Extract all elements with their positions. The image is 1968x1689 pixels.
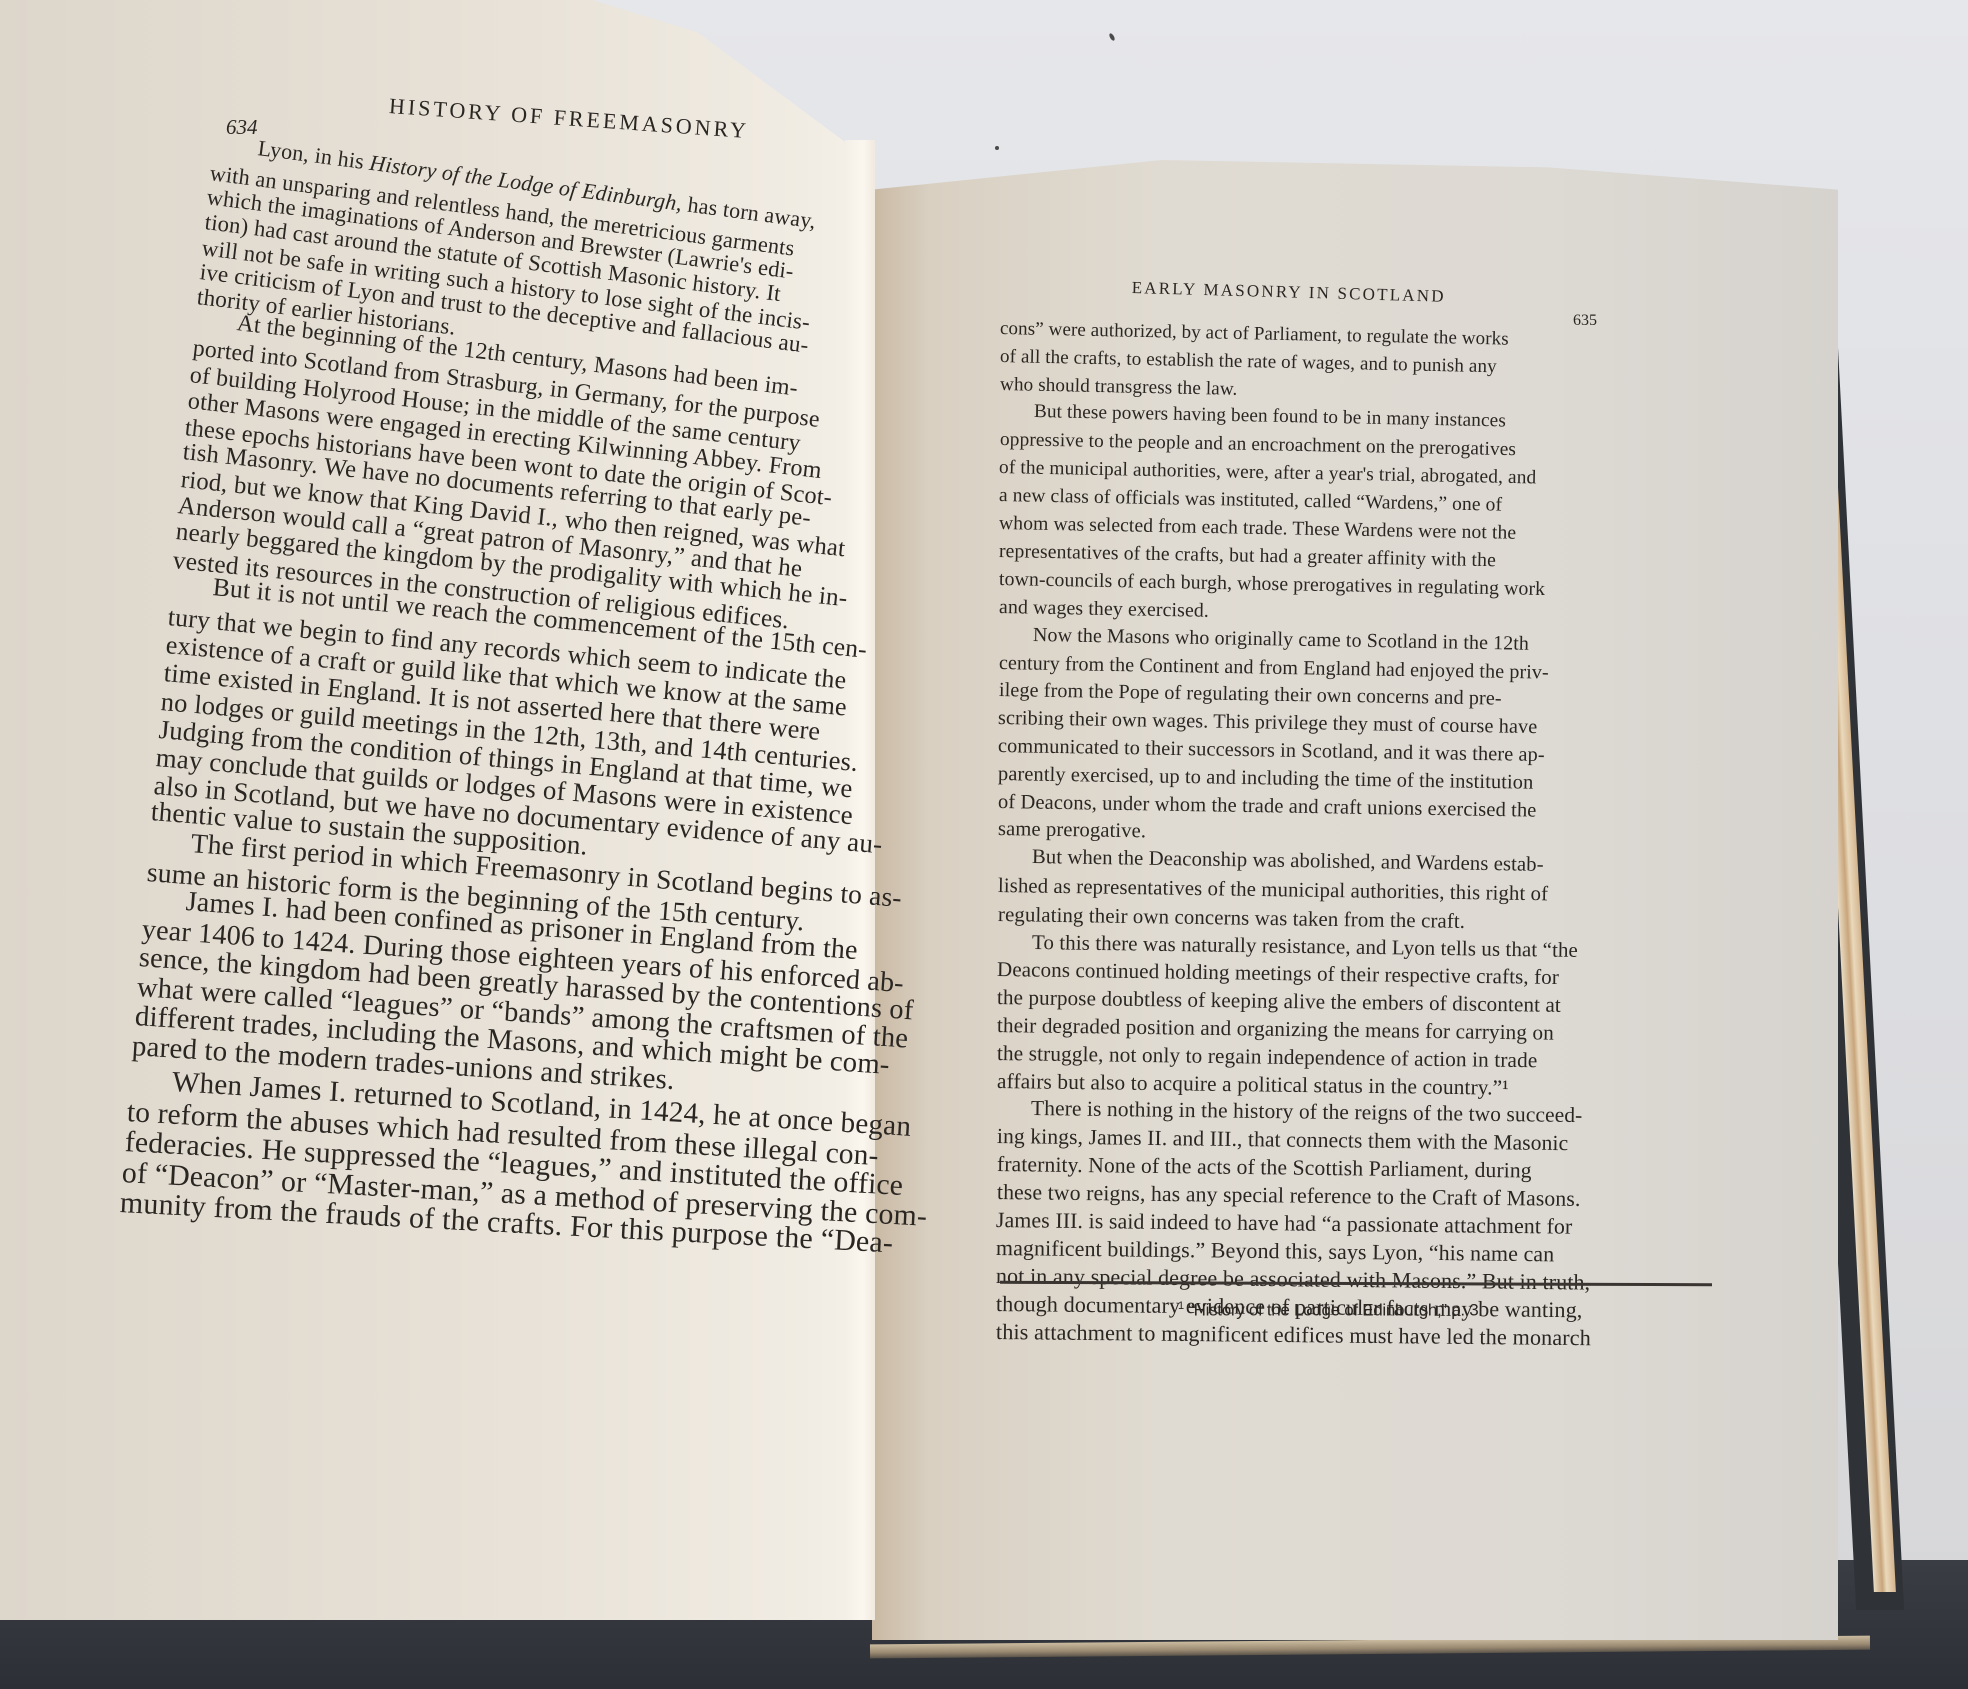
footnote-text: “History of the Lodge of Edinburgh,” p. … xyxy=(1188,1301,1483,1320)
footnote: 1 “History of the Lodge of Edinburgh,” p… xyxy=(1178,1300,1483,1321)
line-text: who should transgress the law. xyxy=(1000,374,1238,400)
line-text: same prerogative. xyxy=(998,818,1146,842)
line-text: fraternity. None of the acts of the Scot… xyxy=(997,1152,1532,1183)
text-line: who should transgress the law. xyxy=(1000,374,1238,401)
background-speck xyxy=(995,146,999,150)
left-page-body: Lyon, in his History of the Lodge of Edi… xyxy=(0,0,872,1320)
background-speck xyxy=(1108,33,1115,42)
line-text: and wages they exercised. xyxy=(999,596,1209,622)
text-line: same prerogative. xyxy=(998,818,1146,843)
text-line: and wages they exercised. xyxy=(999,596,1209,623)
footnote-marker: 1 xyxy=(1178,1300,1184,1312)
line-text: this attachment to magnificent edifices … xyxy=(996,1319,1591,1350)
right-page-number: 635 xyxy=(1573,312,1597,330)
